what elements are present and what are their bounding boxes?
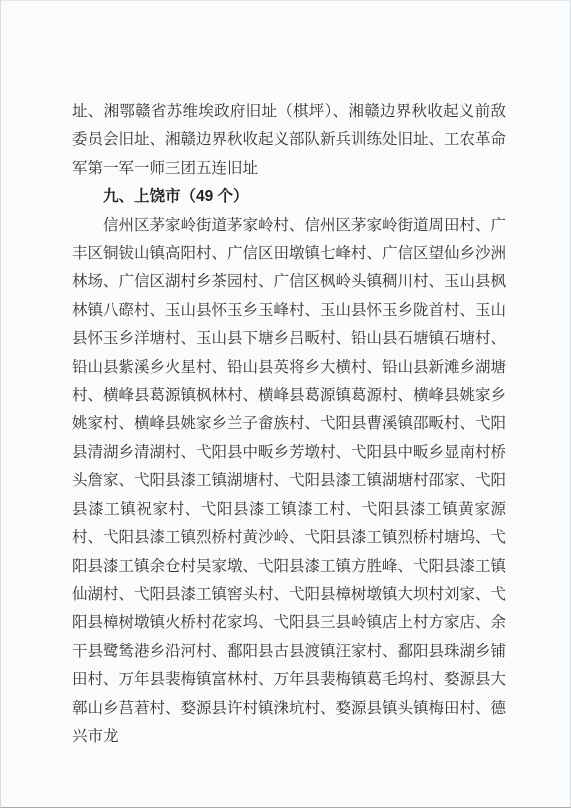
page-number: - 8 - (1, 701, 570, 712)
village-list-paragraph: 信州区茅家岭街道茅家岭村、信州区茅家岭街道周田村、广丰区铜钹山镇高阳村、广信区田… (72, 212, 506, 752)
section-heading-shangrao: 九、上饶市（49 个） (72, 183, 506, 211)
page-content: 址、湘鄂赣省苏维埃政府旧址（棋坪）、湘赣边界秋收起义前敌委员会旧址、湘赣边界秋收… (72, 98, 506, 751)
document-page: 址、湘鄂赣省苏维埃政府旧址（棋坪）、湘赣边界秋收起义前敌委员会旧址、湘赣边界秋收… (0, 0, 571, 808)
continuation-paragraph: 址、湘鄂赣省苏维埃政府旧址（棋坪）、湘赣边界秋收起义前敌委员会旧址、湘赣边界秋收… (72, 98, 506, 183)
